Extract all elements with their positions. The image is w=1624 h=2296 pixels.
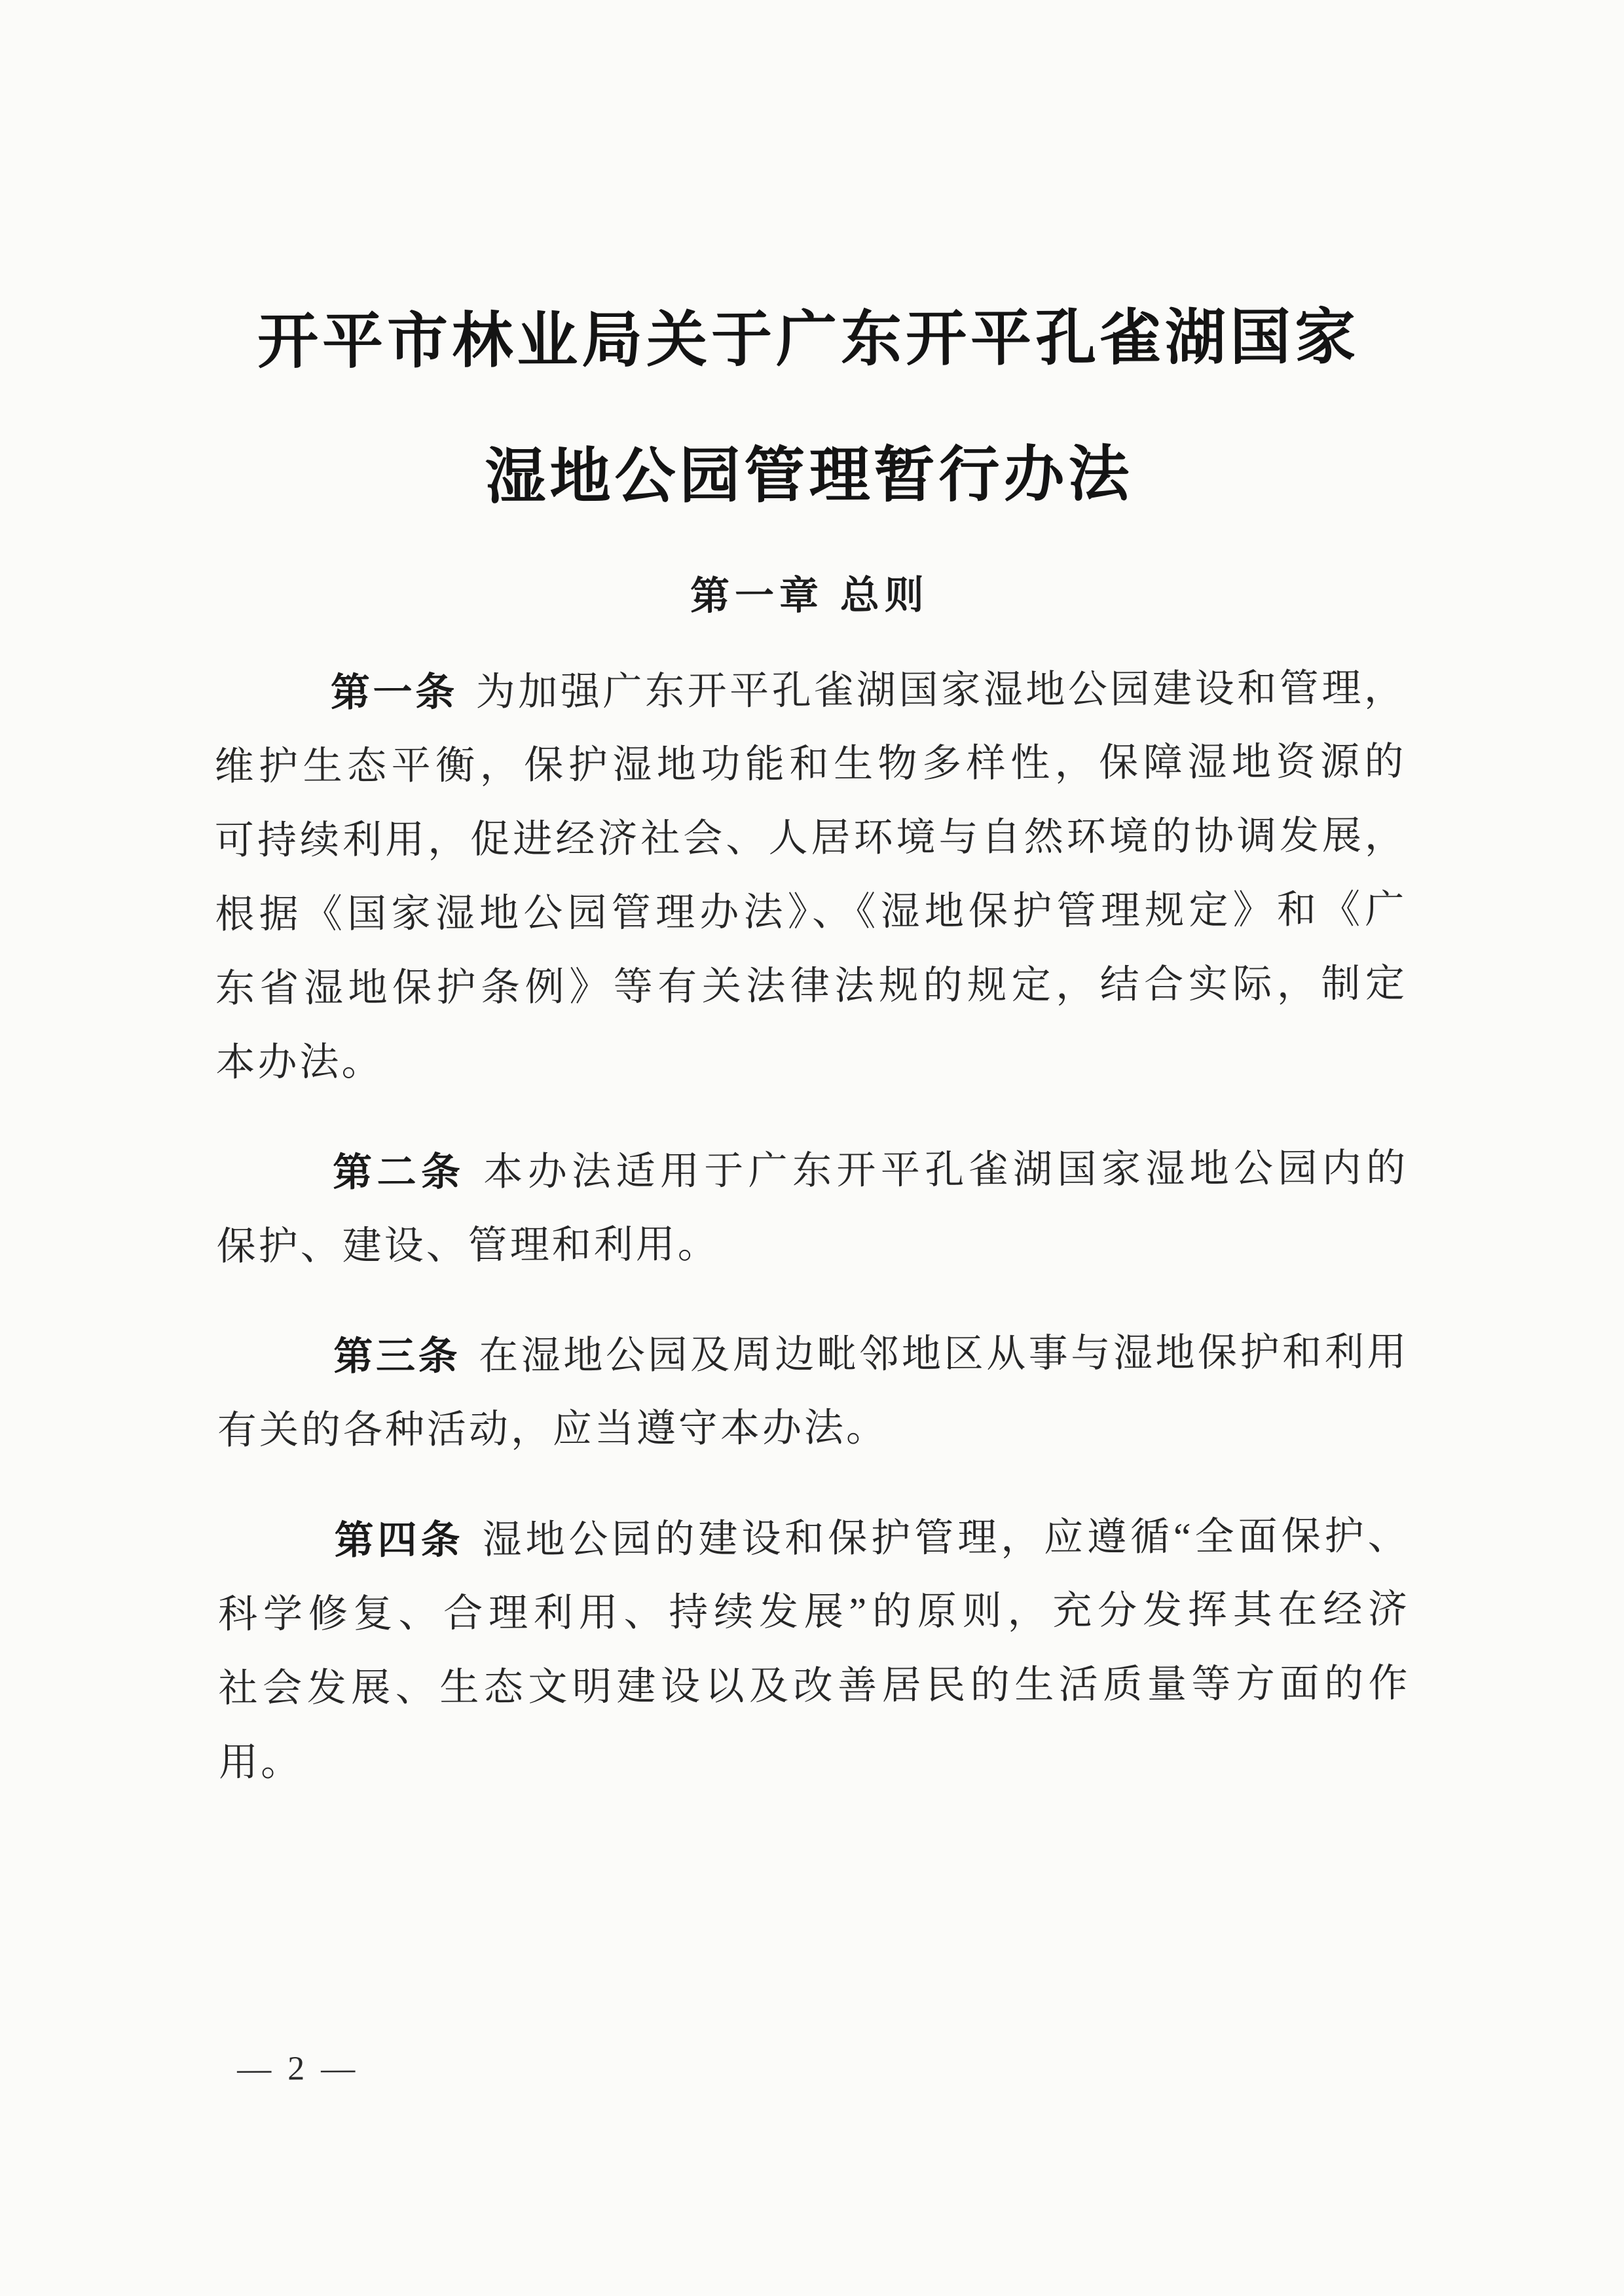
article-label: 第一条 [331,670,458,714]
text-line: 保护、建设、管理和利用。 [216,1205,1408,1284]
document-title-line-1: 开平市林业局关于广东开平孔雀湖国家 [0,269,1621,412]
text-line: 维护生态平衡，保护湿地功能和生物多样性，保障湿地资源的 [214,725,1406,804]
text-line: 科学修复、合理利用、持续发展”的原则，充分发挥其在经济 [218,1573,1410,1652]
article-first-line-text: 在湿地公园及周边毗邻地区从事与湿地保护和利用 [479,1330,1409,1377]
article-first-line-text: 湿地公园的建设和保护管理，应遵循“全面保护、 [482,1514,1409,1561]
article-label: 第四条 [334,1518,464,1562]
text-line: 本办法。 [215,1021,1407,1100]
text-line: 社会发展、生态文明建设以及改善居民的生活质量等方面的作 [218,1647,1410,1726]
text-line: 第三条在湿地公园及周边毗邻地区从事与湿地保护和利用 [217,1315,1409,1394]
article-paragraph: 第四条湿地公园的建设和保护管理，应遵循“全面保护、科学修复、合理利用、持续发展”… [217,1499,1411,1800]
text-line: 第二条本办法适用于广东开平孔雀湖国家湿地公园内的 [216,1131,1408,1210]
text-line: 有关的各种活动，应当遵守本办法。 [217,1389,1409,1468]
page-number: — 2 — [237,2048,359,2090]
text-line: 第一条为加强广东开平孔雀湖国家湿地公园建设和管理， [214,651,1406,730]
text-line: 第四条湿地公园的建设和保护管理，应遵循“全面保护、 [217,1499,1409,1578]
text-line: 可持续利用，促进经济社会、人居环境与自然环境的协调发展， [215,799,1407,878]
text-line: 根据《国家湿地公园管理办法》、《湿地保护管理规定》和《广 [215,873,1407,952]
article-paragraph: 第二条本办法适用于广东开平孔雀湖国家湿地公园内的保护、建设、管理和利用。 [216,1131,1409,1284]
article-paragraph: 第一条为加强广东开平孔雀湖国家湿地公园建设和管理，维护生态平衡，保护湿地功能和生… [214,651,1408,1100]
article-list: 第一条为加强广东开平孔雀湖国家湿地公园建设和管理，维护生态平衡，保护湿地功能和生… [214,651,1411,1800]
text-line: 用。 [219,1721,1411,1800]
text-line: 东省湿地保护条例》等有关法律法规的规定，结合实际，制定 [215,947,1407,1026]
document-page: 开平市林业局关于广东开平孔雀湖国家 湿地公园管理暂行办法 第一章 总则 第一条为… [0,0,1624,2296]
article-label: 第二条 [333,1150,465,1194]
document-title-line-2: 湿地公园管理暂行办法 [0,405,1621,549]
article-first-line-text: 为加强广东开平孔雀湖国家湿地公园建设和管理， [476,666,1407,714]
scanned-document-content: 开平市林业局关于广东开平孔雀湖国家 湿地公园管理暂行办法 第一章 总则 第一条为… [0,0,1624,2296]
article-paragraph: 第三条在湿地公园及周边毗邻地区从事与湿地保护和利用有关的各种活动，应当遵守本办法… [217,1315,1409,1468]
article-first-line-text: 本办法适用于广东开平孔雀湖国家湿地公园内的 [483,1146,1408,1194]
chapter-heading: 第一章 总则 [0,566,1621,626]
article-label: 第三条 [333,1334,460,1378]
